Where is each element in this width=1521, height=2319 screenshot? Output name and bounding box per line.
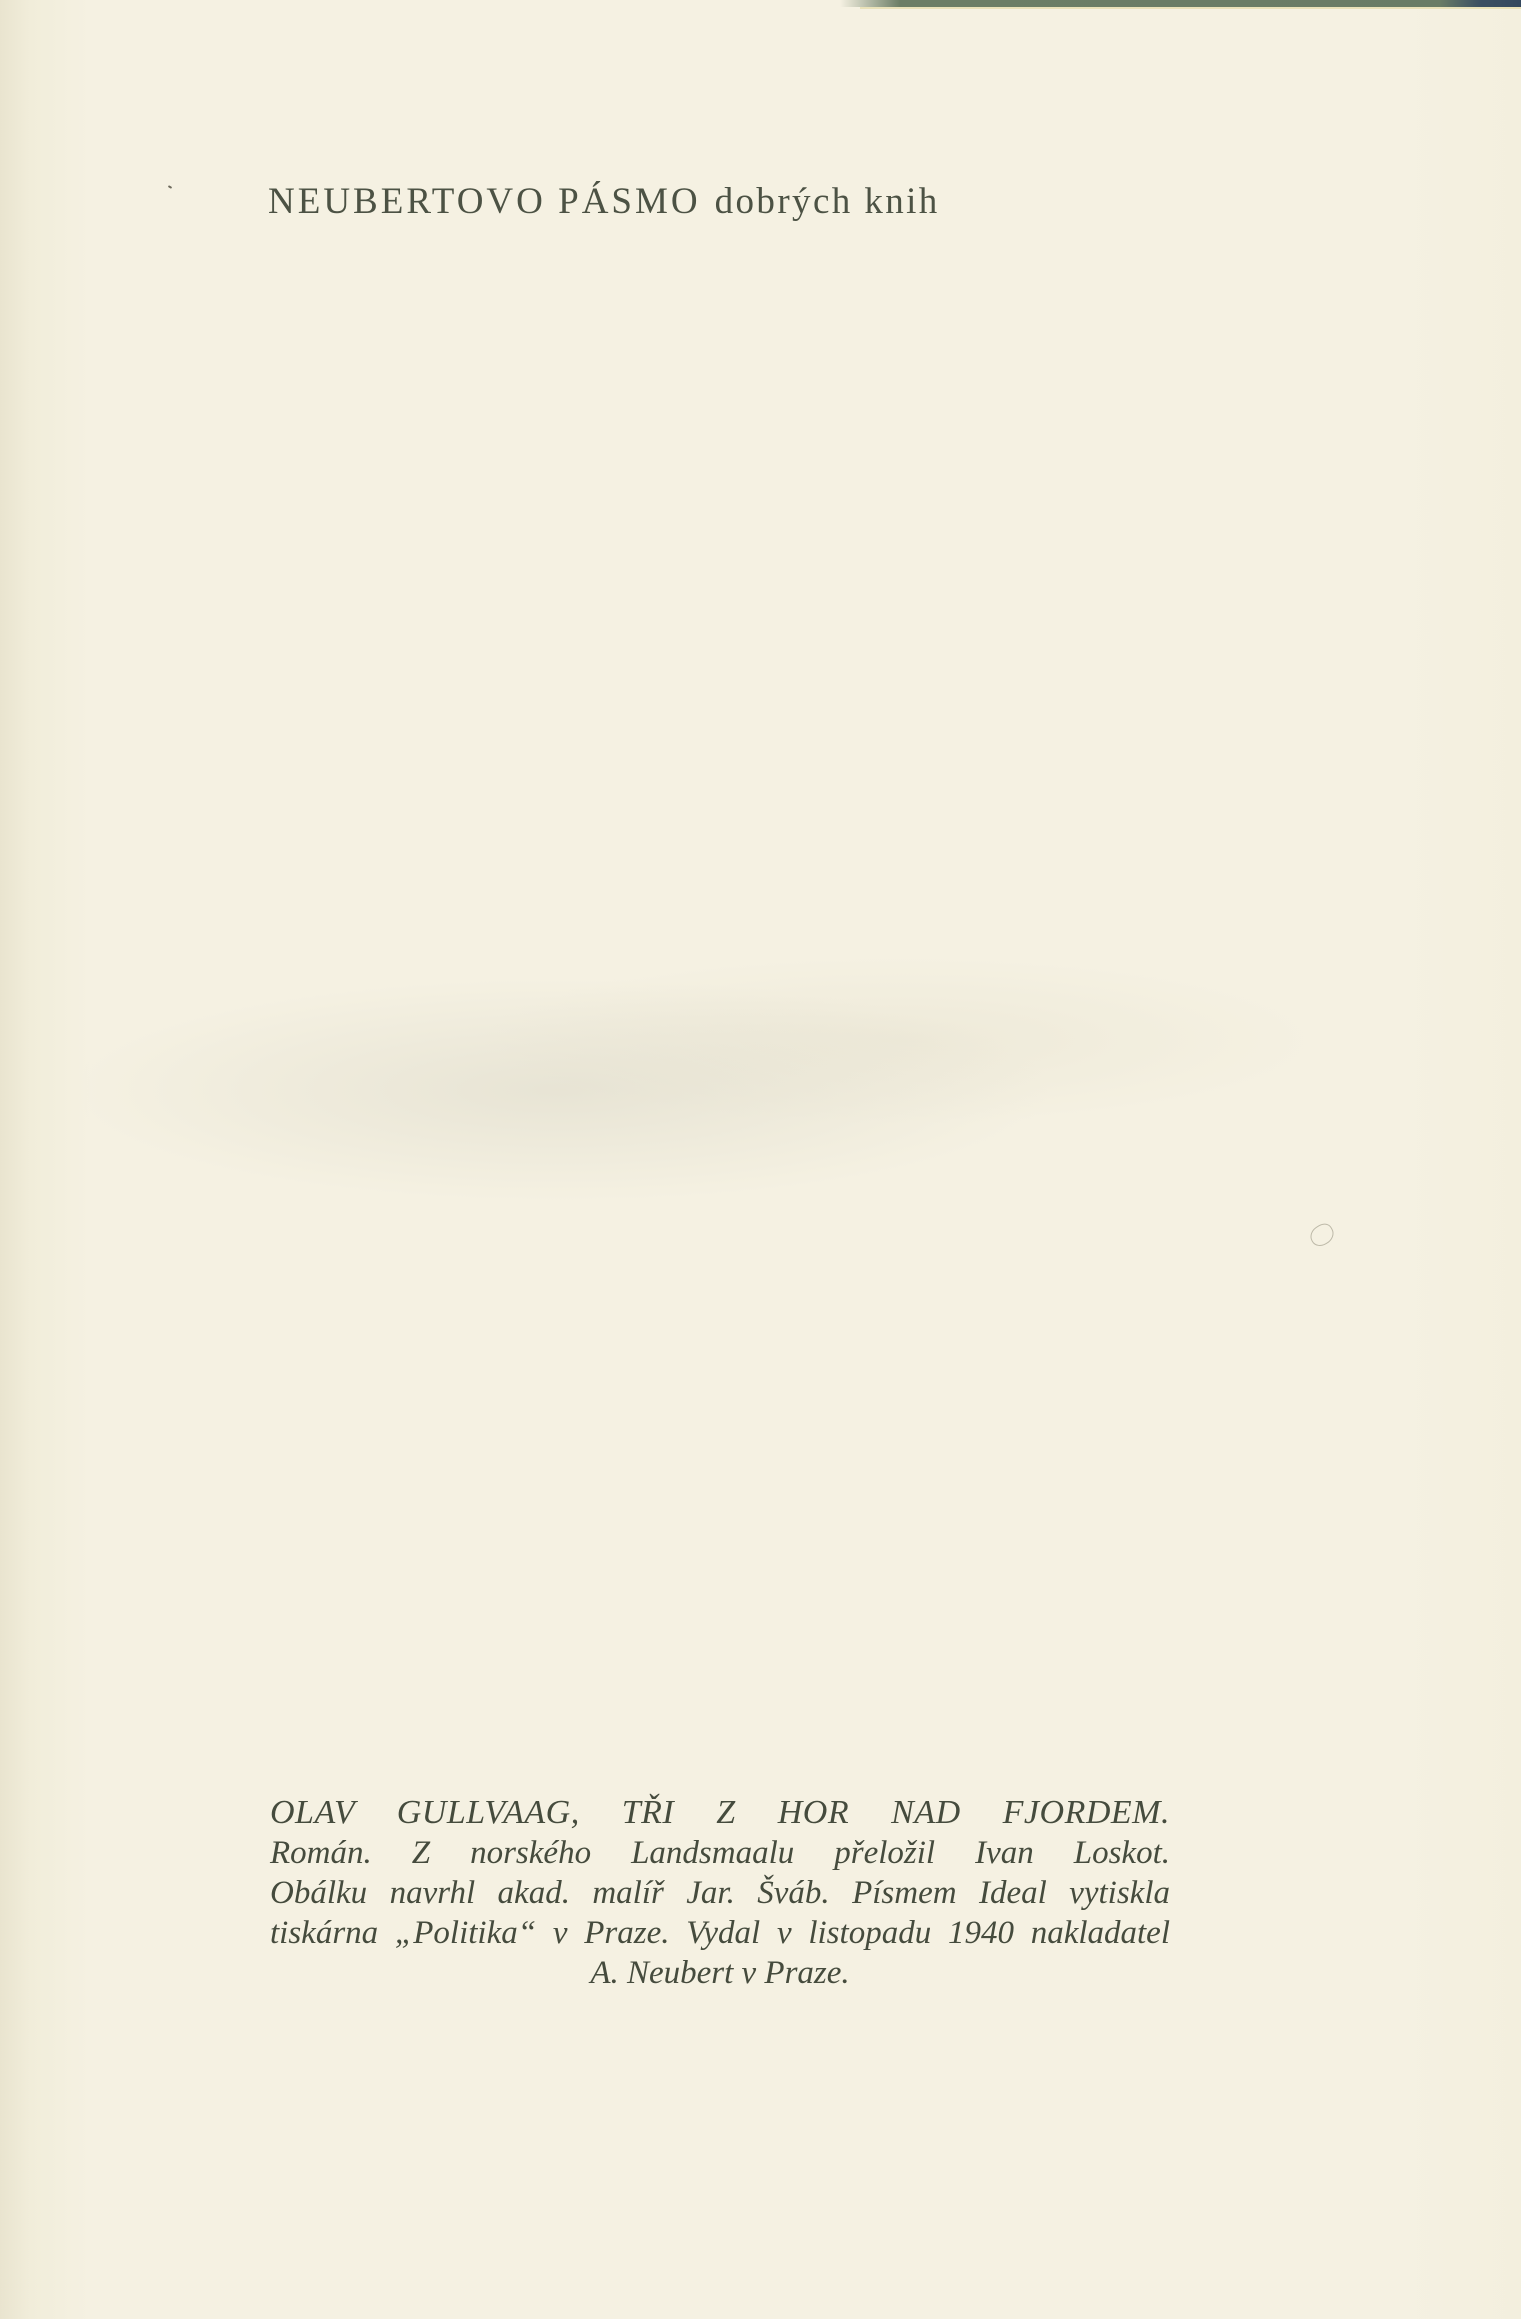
colophon-line-publisher: A. Neubert v Praze. [270, 1953, 1170, 1993]
paper-speck [168, 185, 172, 189]
series-title: NEUBERTOVO PÁSMOdobrých knih [268, 180, 1168, 223]
colophon-line: Obálku navrhl akad. malíř Jar. Šváb. Pís… [270, 1873, 1170, 1913]
book-page: NEUBERTOVO PÁSMOdobrých knih OLAV GULLVA… [0, 0, 1521, 2319]
colophon-line: Román. Z norského Landsmaalu přeložil Iv… [270, 1833, 1170, 1873]
pencil-mark [1307, 1220, 1338, 1249]
colophon: OLAV GULLVAAG, TŘI Z HOR NAD FJORDEM. Ro… [270, 1793, 1170, 1993]
cover-edge-highlight [860, 7, 1521, 9]
series-title-caps: NEUBERTOVO PÁSMO [268, 181, 701, 222]
colophon-line: tiskárna „Politika“ v Praze. Vydal v lis… [270, 1913, 1170, 1953]
series-title-lower: dobrých knih [715, 181, 940, 222]
colophon-line-title: OLAV GULLVAAG, TŘI Z HOR NAD FJORDEM. [270, 1793, 1170, 1833]
book-cover-edge [840, 0, 1521, 7]
